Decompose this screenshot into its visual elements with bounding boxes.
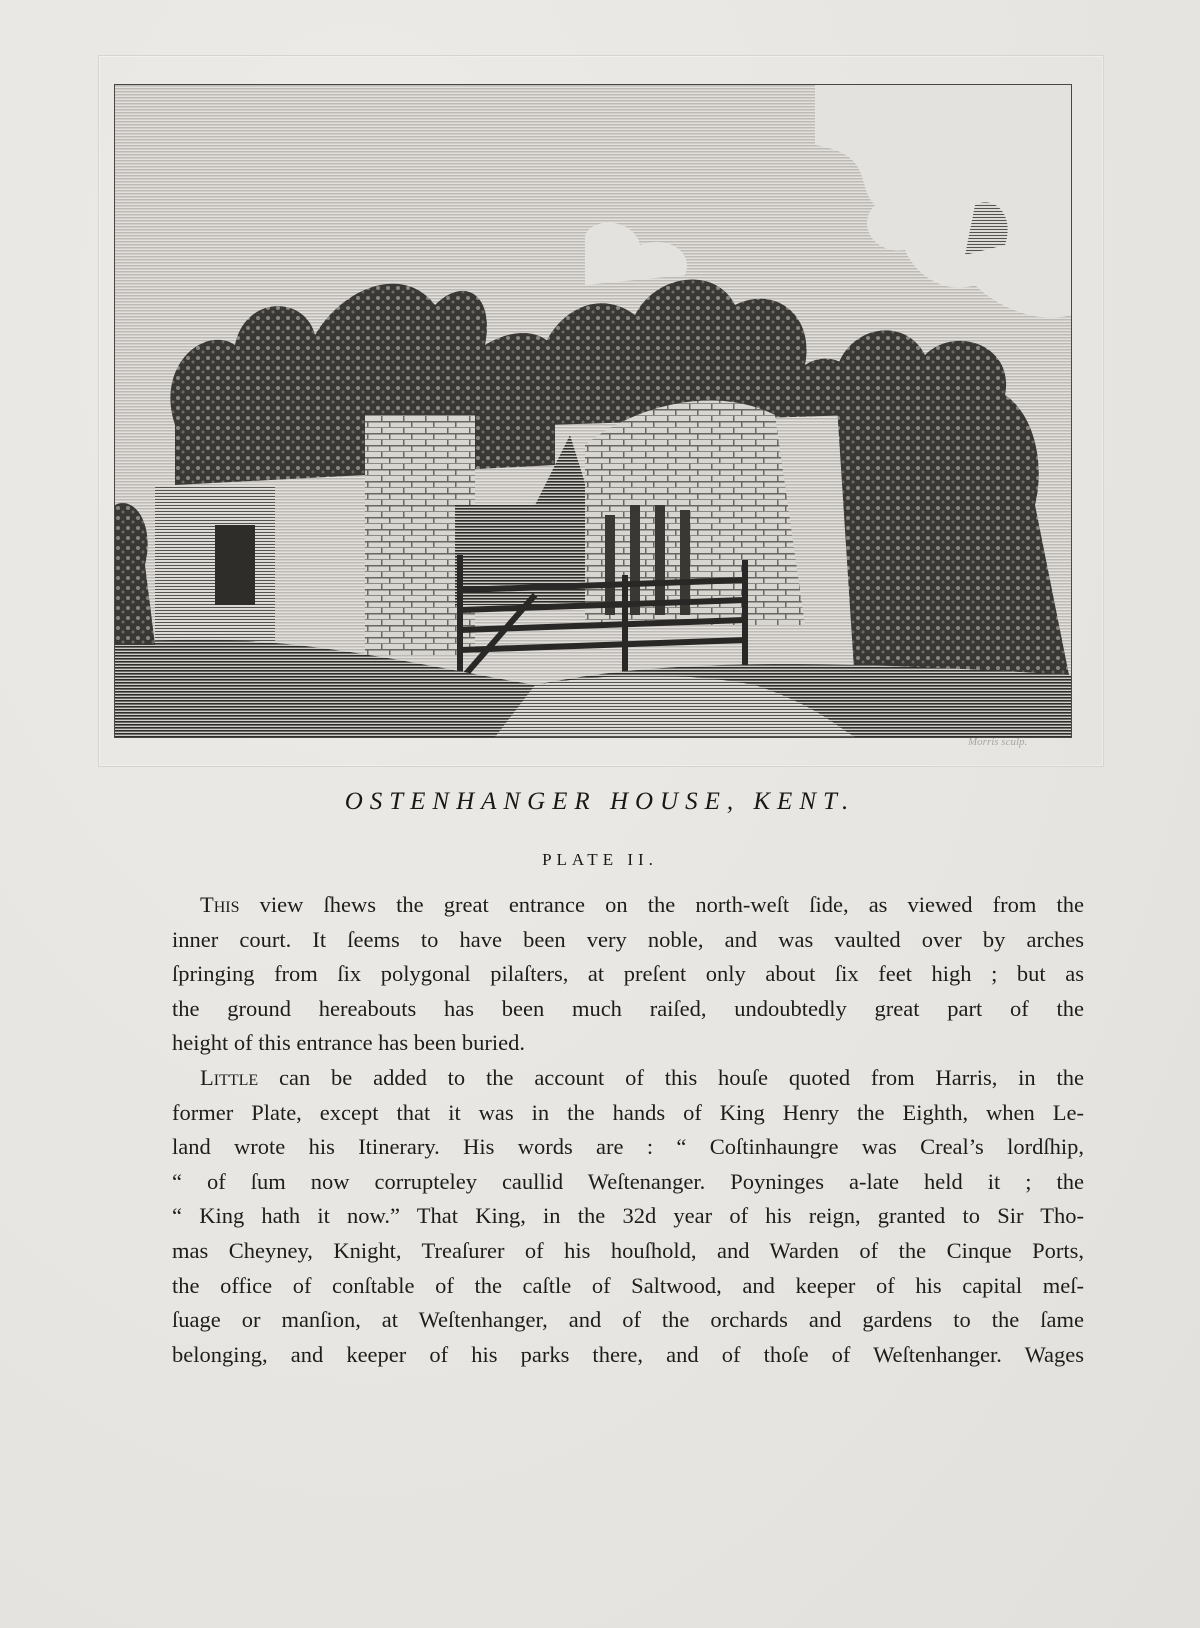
text-line: belonging, and keeper of his parks there… <box>172 1338 1084 1373</box>
plate-engraving <box>114 84 1072 738</box>
lead-word: Little <box>200 1065 258 1090</box>
paragraph-1: This view ſhews the great entrance on th… <box>172 888 1084 1061</box>
text-line: ſpringing from ſix polygonal pilaſters, … <box>172 957 1084 992</box>
text-line: “ of ſum now corrupteley caullid Weſtena… <box>172 1165 1084 1200</box>
text-line: ſuage or manſion, at Weſtenhanger, and o… <box>172 1303 1084 1338</box>
text-line: height of this entrance has been buried. <box>172 1026 1084 1061</box>
text-line: mas Cheyney, Knight, Treaſurer of his ho… <box>172 1234 1084 1269</box>
engraver-credit: Morris sculp. <box>968 736 1027 748</box>
page-title: OSTENHANGER HOUSE, KENT. <box>0 788 1200 816</box>
lead-word: This <box>200 892 240 917</box>
text-line: Little can be added to the account of th… <box>172 1061 1084 1096</box>
body-text: This view ſhews the great entrance on th… <box>172 888 1084 1372</box>
text-line: former Plate, except that it was in the … <box>172 1096 1084 1131</box>
text-line: inner court. It ſeems to have been very … <box>172 923 1084 958</box>
text-line: This view ſhews the great entrance on th… <box>172 888 1084 923</box>
text-line: the office of conſtable of the caſtle of… <box>172 1269 1084 1304</box>
engraving-illustration <box>115 85 1071 737</box>
text-line: the ground hereabouts has been much raiſ… <box>172 992 1084 1027</box>
plate-number: PLATE II. <box>0 850 1200 870</box>
text-line: land wrote his Itinerary. His words are … <box>172 1130 1084 1165</box>
paragraph-2: Little can be added to the account of th… <box>172 1061 1084 1372</box>
text-line: “ King hath it now.” That King, in the 3… <box>172 1199 1084 1234</box>
